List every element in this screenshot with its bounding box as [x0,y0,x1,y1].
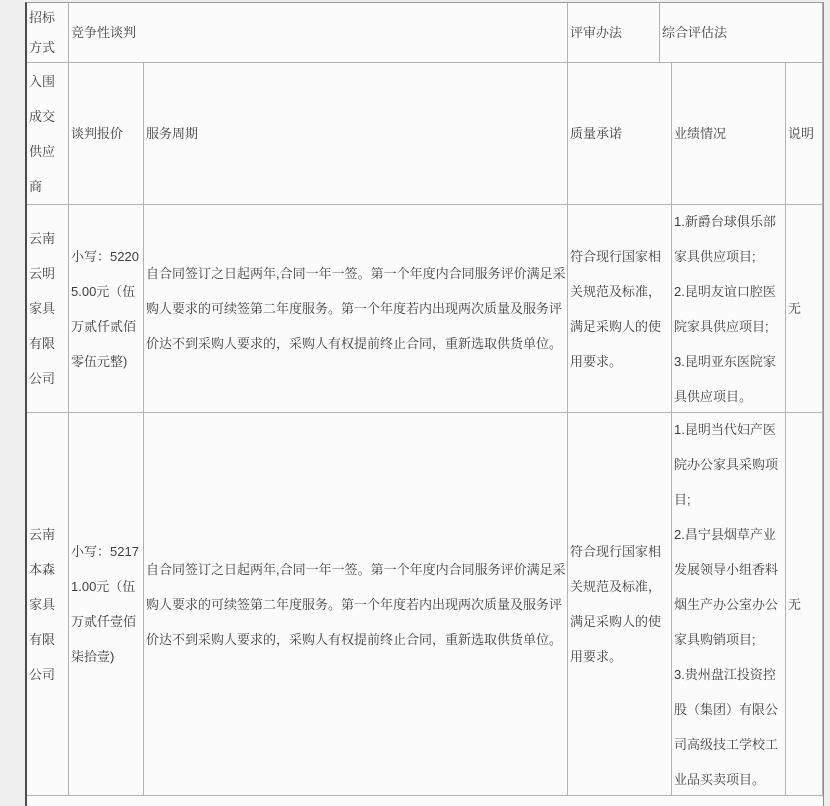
supplier-price-cell: 小写：52171.00元（伍万贰仟壹佰柒拾壹) [69,413,144,796]
supplier-quality-cell: 符合现行国家相关规范及标准，满足采购人的使用要求。 [568,205,672,413]
supplier-note: 无 [788,291,821,326]
supplier-service-period: 自合同签订之日起两年,合同一年一签。第一个年度内合同服务评价满足采购人要求的可续… [146,552,566,657]
supplier-performance-list: 1.新爵台球俱乐部家具供应项目;2.昆明友谊口腔医院家具供应项目;3.昆明亚东医… [674,205,784,413]
header-supplier-cell: 入围成交供应商 [27,63,69,205]
supplier-price: 小写：52171.00元（伍万贰仟壹佰柒拾壹) [71,534,142,674]
header-service-period-cell: 服务周期 [144,63,568,205]
supplier-note-cell: 无 [786,205,823,413]
table-row-supplier-2: 云南本森家具有限公司 小写：52171.00元（伍万贰仟壹佰柒拾壹) 自合同签订… [27,413,823,796]
bid-method-value: 竞争性谈判 [71,18,566,48]
supplier-service-period-cell: 自合同签订之日起两年,合同一年一签。第一个年度内合同服务评价满足采购人要求的可续… [144,205,568,413]
supplier-price: 小写：52205.00元（伍万贰仟贰佰零伍元整) [71,239,142,379]
header-service-period: 服务周期 [146,116,566,151]
header-note: 说明 [788,116,821,151]
truncated-cell [27,796,823,805]
header-performance: 业绩情况 [674,116,784,151]
header-performance-cell: 业绩情况 [672,63,786,205]
header-price-cell: 谈判报价 [69,63,144,205]
bid-method-label: 招标方式 [29,3,67,63]
header-quality-cell: 质量承诺 [568,63,672,205]
supplier-quality: 符合现行国家相关规范及标准，满足采购人的使用要求。 [570,239,670,379]
bid-result-table: 招标方式 竞争性谈判 评审办法 综合评估法 入围成交供应商 谈判报价 服务周期 … [25,2,824,806]
supplier-performance-list: 1.昆明当代妇产医院办公家具采购项目;2.昌宁县烟草产业发展领导小组香料烟生产办… [674,413,784,796]
supplier-service-period: 自合同签订之日起两年,合同一年一签。第一个年度内合同服务评价满足采购人要求的可续… [146,256,566,361]
supplier-name: 云南本森家具有限公司 [29,517,67,692]
supplier-name-cell: 云南云明家具有限公司 [27,205,69,413]
review-method-label: 评审办法 [570,18,658,48]
header-price: 谈判报价 [71,116,142,151]
supplier-service-period-cell: 自合同签订之日起两年,合同一年一签。第一个年度内合同服务评价满足采购人要求的可续… [144,413,568,796]
review-method-value: 综合评估法 [662,18,821,48]
review-method-value-cell: 综合评估法 [660,3,823,63]
table-row-method: 招标方式 竞争性谈判 评审办法 综合评估法 [27,3,823,63]
supplier-name-cell: 云南本森家具有限公司 [27,413,69,796]
supplier-quality: 符合现行国家相关规范及标准，满足采购人的使用要求。 [570,534,670,674]
supplier-performance-cell: 1.昆明当代妇产医院办公家具采购项目;2.昌宁县烟草产业发展领导小组香料烟生产办… [672,413,786,796]
header-note-cell: 说明 [786,63,823,205]
supplier-performance-cell: 1.新爵台球俱乐部家具供应项目;2.昆明友谊口腔医院家具供应项目;3.昆明亚东医… [672,205,786,413]
supplier-note: 无 [788,587,821,622]
header-supplier: 入围成交供应商 [29,64,67,204]
supplier-name: 云南云明家具有限公司 [29,221,67,396]
review-method-label-cell: 评审办法 [568,3,660,63]
bid-method-value-cell: 竞争性谈判 [69,3,568,63]
bid-method-label-cell: 招标方式 [27,3,69,63]
table-row-supplier-1: 云南云明家具有限公司 小写：52205.00元（伍万贰仟贰佰零伍元整) 自合同签… [27,205,823,413]
header-quality: 质量承诺 [570,116,670,151]
supplier-price-cell: 小写：52205.00元（伍万贰仟贰佰零伍元整) [69,205,144,413]
supplier-note-cell: 无 [786,413,823,796]
supplier-quality-cell: 符合现行国家相关规范及标准，满足采购人的使用要求。 [568,413,672,796]
table-row-truncated [27,796,823,805]
table-header-row: 入围成交供应商 谈判报价 服务周期 质量承诺 业绩情况 说明 [27,63,823,205]
